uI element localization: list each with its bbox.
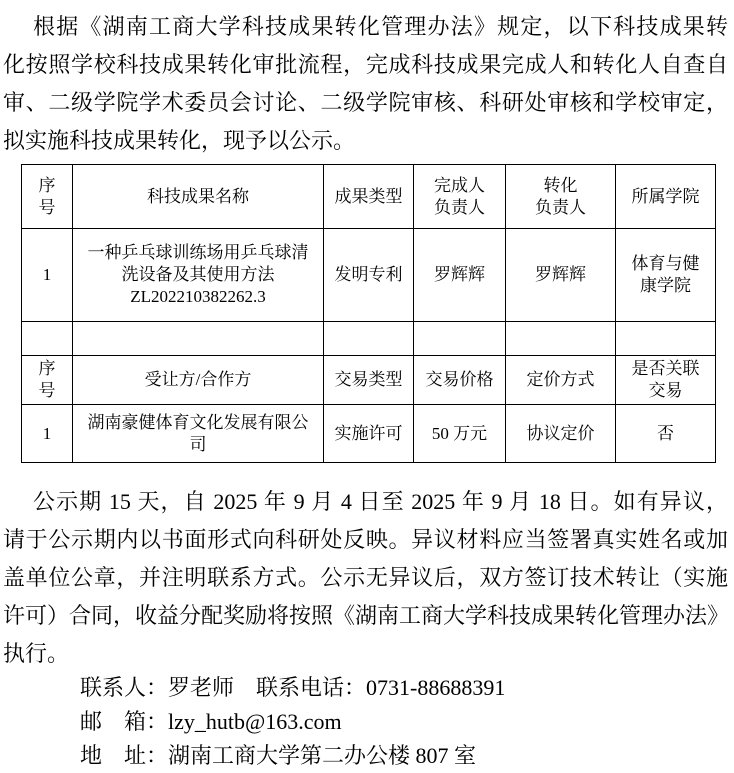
table-cell: 转化 负责人: [506, 165, 616, 229]
table-cell: 罗辉辉: [506, 229, 616, 322]
table-cell: 实施许可: [324, 405, 414, 463]
text-line: 盖单位公章，并注明联系方式。公示无异议后，双方签订技术转让（实施: [3, 559, 728, 597]
table-cell: 完成人 负责人: [414, 165, 506, 229]
table-cell: 成果类型: [324, 165, 414, 229]
text-line: 拟实施科技成果转化，现予以公示。: [3, 122, 728, 160]
text-line: 邮 箱：lzy_hutb@163.com: [80, 705, 734, 739]
table-cell: 受让方/合作方: [73, 356, 324, 405]
intro-paragraph: 根据《湖南工商大学科技成果转化管理办法》规定，以下科技成果转化按照学校科技成果转…: [0, 8, 734, 160]
table-cell: [414, 322, 506, 356]
table-cell: 发明专利: [324, 229, 414, 322]
table-cell: 是否关联 交易: [616, 356, 716, 405]
table-cell: 罗辉辉: [414, 229, 506, 322]
text-line: 地 址：湖南工商大学第二办公楼 807 室: [80, 739, 734, 773]
table-cell: 序 号: [22, 356, 73, 405]
table-row-data: 1一种乒乓球训练场用乒乓球清 洗设备及其使用方法 ZL202210382262.…: [22, 229, 716, 322]
text-line: 根据《湖南工商大学科技成果转化管理办法》规定，以下科技成果转: [3, 8, 728, 46]
notice-paragraph: 公示期 15 天，自 2025 年 9 月 4 日至 2025 年 9 月 18…: [0, 483, 734, 673]
text-line: 执行。: [3, 635, 728, 673]
table-cell: [324, 322, 414, 356]
table-cell: [616, 322, 716, 356]
table-cell: 交易价格: [414, 356, 506, 405]
table-row-header: 序 号科技成果名称成果类型完成人 负责人转化 负责人所属学院: [22, 165, 716, 229]
table-cell: 湖南豪健体育文化发展有限公 司: [73, 405, 324, 463]
text-line: 许可）合同，收益分配奖励将按照《湖南工商大学科技成果转化管理办法》: [3, 597, 728, 635]
text-line: 请于公示期内以书面形式向科研处反映。异议材料应当签署真实姓名或加: [3, 521, 728, 559]
text-line: 公示期 15 天，自 2025 年 9 月 4 日至 2025 年 9 月 18…: [3, 483, 728, 521]
table-cell: 1: [22, 405, 73, 463]
table-cell: 协议定价: [506, 405, 616, 463]
table-cell: 交易类型: [324, 356, 414, 405]
text-line: 审、二级学院学术委员会讨论、二级学院审核、科研处审核和学校审定，: [3, 84, 728, 122]
table-cell: [22, 322, 73, 356]
table-cell: 否: [616, 405, 716, 463]
table-cell: 一种乒乓球训练场用乒乓球清 洗设备及其使用方法 ZL202210382262.3: [73, 229, 324, 322]
table-cell: 体育与健 康学院: [616, 229, 716, 322]
text-line: 化按照学校科技成果转化审批流程，完成科技成果完成人和转化人自查自: [3, 46, 728, 84]
table-cell: [73, 322, 324, 356]
table-cell: 科技成果名称: [73, 165, 324, 229]
table-row-header: 序 号受让方/合作方交易类型交易价格定价方式是否关联 交易: [22, 356, 716, 405]
announcement-document: 根据《湖南工商大学科技成果转化管理办法》规定，以下科技成果转化按照学校科技成果转…: [0, 0, 734, 773]
table-cell: 序 号: [22, 165, 73, 229]
table-cell: 50 万元: [414, 405, 506, 463]
table-cell: 定价方式: [506, 356, 616, 405]
table-row-spacer: [22, 322, 716, 356]
table-cell: 1: [22, 229, 73, 322]
tech-transfer-table: 序 号科技成果名称成果类型完成人 负责人转化 负责人所属学院1一种乒乓球训练场用…: [21, 164, 716, 463]
text-line: 联系人：罗老师 联系电话：0731-88688391: [80, 671, 734, 705]
table-row-data: 1湖南豪健体育文化发展有限公 司实施许可50 万元协议定价否: [22, 405, 716, 463]
contact-info: 联系人：罗老师 联系电话：0731-88688391邮 箱：lzy_hutb@1…: [0, 671, 734, 773]
table-cell: 所属学院: [616, 165, 716, 229]
table-cell: [506, 322, 616, 356]
